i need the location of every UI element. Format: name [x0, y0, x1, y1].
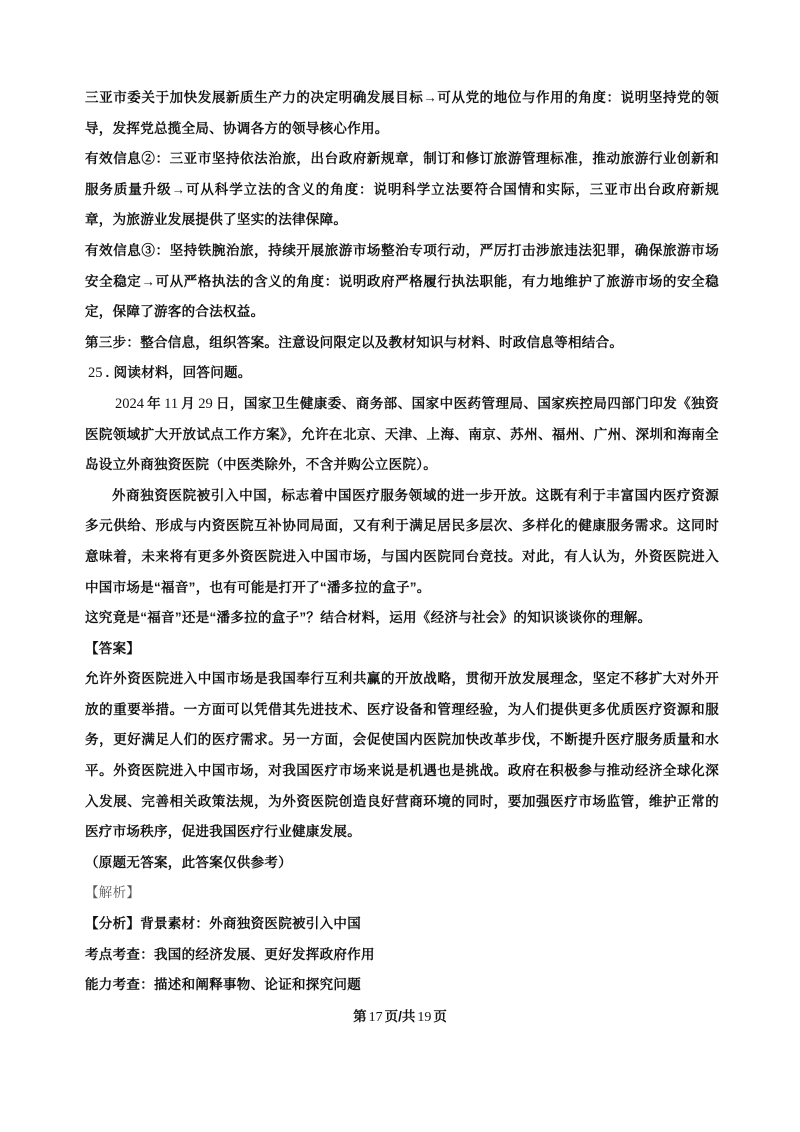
serif-numeral: 29: [198, 396, 213, 412]
paragraph: 允许外资医院进入中国市场是我国奉行互利共赢的开放战略，贯彻开放发展理念，坚定不移…: [85, 664, 719, 848]
paragraph: 【解析】: [85, 878, 719, 909]
paragraph: （原题无答案，此答案仅供参考）: [85, 848, 719, 879]
paragraph: 这究竟是“福音”还是“潘多拉的盒子”？结合材料，运用《经济与社会》的知识谈谈你的…: [85, 603, 719, 634]
paragraph: 25. 阅读材料，回答问题。: [85, 358, 719, 389]
paragraph: 考点考查：我国的经济发展、更好发挥政府作用: [85, 940, 719, 971]
paragraph: 有效信息③：坚持铁腕治旅，持续开展旅游市场整治专项行动，严厉打击涉旅违法犯罪，确…: [85, 236, 719, 328]
serif-numeral: 17: [369, 1010, 383, 1025]
paragraph: 能力考查：描述和阐释事物、论证和探究问题: [85, 970, 719, 1001]
paragraph: 第三步：整合信息，组织答案。注意设问限定以及教材知识与材料、时政信息等相结合。: [85, 328, 719, 359]
paragraph: 有效信息②：三亚市坚持依法治旅，出台政府新规章，制订和修订旅游管理标准，推动旅游…: [85, 144, 719, 236]
document-body: 三亚市委关于加快发展新质生产力的决定明确发展目标→可从党的地位与作用的角度：说明…: [85, 83, 719, 1001]
serif-numeral: 25: [88, 365, 103, 381]
paragraph: 三亚市委关于加快发展新质生产力的决定明确发展目标→可从党的地位与作用的角度：说明…: [85, 83, 719, 144]
paragraph: 【答案】: [85, 634, 719, 665]
serif-numeral: 19: [417, 1010, 431, 1025]
paragraph: 2024年11月29日，国家卫生健康委、商务部、国家中医药管理局、国家疾控局四部…: [85, 389, 719, 481]
serif-numeral: 11: [164, 396, 178, 412]
paragraph: 【分析】背景素材：外商独资医院被引入中国: [85, 909, 719, 940]
serif-numeral: 2024: [115, 396, 144, 412]
page-footer: 第17页/共19页: [0, 1002, 800, 1033]
paragraph: 外商独资医院被引入中国，标志着中国医疗服务领域的进一步开放。这既有利于丰富国内医…: [85, 481, 719, 603]
document-page: 三亚市委关于加快发展新质生产力的决定明确发展目标→可从党的地位与作用的角度：说明…: [0, 0, 800, 1132]
